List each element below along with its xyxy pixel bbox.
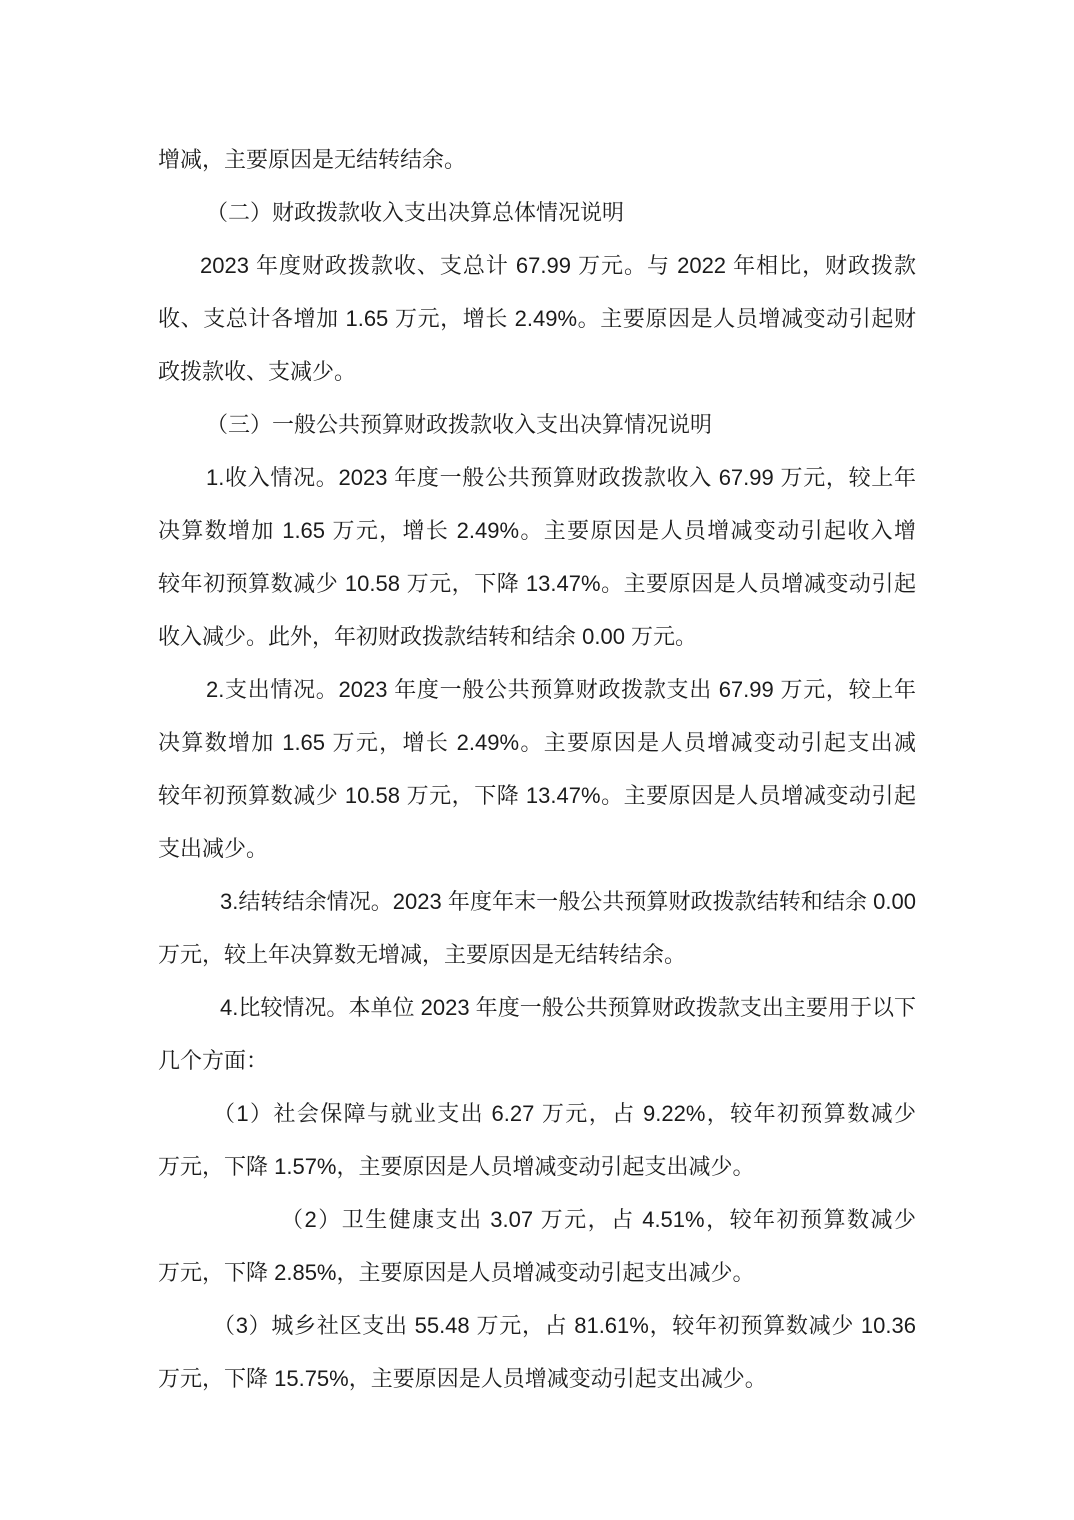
text-line: 1.收入情况。2023 年度一般公共预算财政拨款收入 67.99 万元，较上年 [158,451,916,504]
text-line: 3.结转结余情况。2023 年度年末一般公共预算财政拨款结转和结余 0.00 [158,875,916,928]
text-line: 4.比较情况。本单位 2023 年度一般公共预算财政拨款支出主要用于以下 [158,981,916,1034]
document-page: 增减，主要原因是无结转结余。 （二）财政拨款收入支出决算总体情况说明 2023 … [0,0,1074,1520]
list-item-2: （2）卫生健康支出 3.07 万元，占 4.51%，较年初预算数减少 0.09 [158,1193,916,1246]
text-line: 政拨款收、支减少。 [158,345,916,398]
text-line: 决算数增加 1.65 万元，增长 2.49%。主要原因是人员增减变动引起收入增加… [158,504,916,557]
list-item-3: （3）城乡社区支出 55.48 万元，占 81.61%，较年初预算数减少 10.… [158,1299,916,1352]
text-block: 增减，主要原因是无结转结余。 （二）财政拨款收入支出决算总体情况说明 2023 … [158,133,916,1405]
text-line: 较年初预算数减少 10.58 万元，下降 13.47%。主要原因是人员增减变动引… [158,557,916,610]
text-line: 万元，下降 2.85%，主要原因是人员增减变动引起支出减少。 [158,1246,916,1299]
text-line: 万元，下降 1.57%，主要原因是人员增减变动引起支出减少。 [158,1140,916,1193]
text-line: 支出减少。 [158,822,916,875]
section-heading-3: （三）一般公共预算财政拨款收入支出决算情况说明 [158,398,916,451]
text-line: 决算数增加 1.65 万元，增长 2.49%。主要原因是人员增减变动引起支出减少… [158,716,916,769]
text-line: 几个方面： [158,1034,916,1087]
list-item-1: （1）社会保障与就业支出 6.27 万元，占 9.22%，较年初预算数减少 0.… [158,1087,916,1140]
text-line: 收入减少。此外，年初财政拨款结转和结余 0.00 万元。 [158,610,916,663]
text-line: 较年初预算数减少 10.58 万元，下降 13.47%。主要原因是人员增减变动引… [158,769,916,822]
text-line: 2.支出情况。2023 年度一般公共预算财政拨款支出 67.99 万元，较上年 [158,663,916,716]
text-line: 万元，较上年决算数无增减，主要原因是无结转结余。 [158,928,916,981]
text-line: 收、支总计各增加 1.65 万元，增长 2.49%。主要原因是人员增减变动引起财 [158,292,916,345]
text-line: 2023 年度财政拨款收、支总计 67.99 万元。与 2022 年相比，财政拨… [158,239,916,292]
section-heading-2: （二）财政拨款收入支出决算总体情况说明 [158,186,916,239]
text-line: 万元，下降 15.75%，主要原因是人员增减变动引起支出减少。 [158,1352,916,1405]
text-line: 增减，主要原因是无结转结余。 [158,133,916,186]
